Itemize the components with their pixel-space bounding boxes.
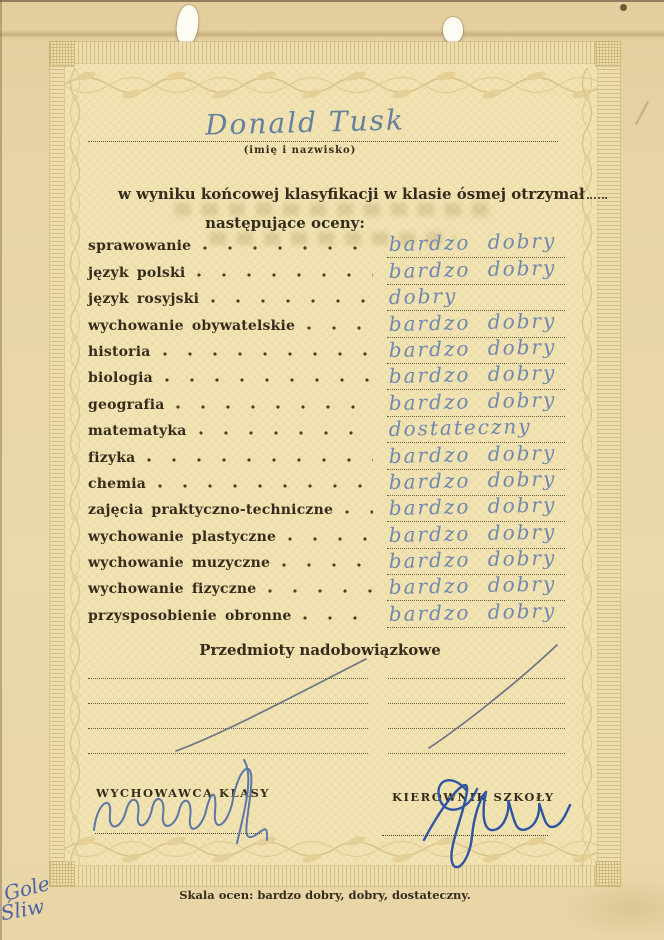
grade-handwriting: bardzo dobry (388, 387, 556, 415)
grade-row: chemiabardzo dobry (88, 470, 565, 496)
blank-line (388, 703, 565, 704)
blank-line (88, 728, 368, 729)
dot-leader (268, 589, 373, 593)
subject-label: wychowanie plastyczne (88, 529, 276, 549)
dot-leader (165, 378, 373, 382)
grades-heading: następujące oceny: (120, 214, 450, 232)
grade-row: fizykabardzo dobry (88, 443, 565, 469)
border-strip-left (50, 42, 64, 886)
ornament-band-bottom (64, 833, 598, 866)
grade-row: zajęcia praktyczno-technicznebardzo dobr… (88, 496, 565, 522)
subject-label: sprawowanie (88, 238, 191, 258)
signature-line-left (95, 833, 262, 834)
blank-line (388, 678, 565, 679)
grade-row: język rosyjskidobry (88, 285, 565, 311)
dot-leader (288, 537, 373, 541)
dot-leader (158, 484, 373, 488)
grade-row: matematykadostateczny (88, 417, 565, 443)
border-corner (596, 862, 620, 886)
border-strip-bottom (50, 866, 620, 886)
subject-label: chemia (88, 476, 146, 496)
grade-handwriting: bardzo dobry (388, 229, 556, 257)
grade-handwriting: bardzo dobry (388, 493, 556, 521)
grade-row: biologiabardzo dobry (88, 364, 565, 390)
dot-leader (163, 352, 373, 356)
subject-label: historia (88, 344, 151, 364)
grade-row: wychowanie muzycznebardzo dobry (88, 549, 565, 575)
border-corner (50, 42, 74, 66)
classification-statement-text: w wyniku końcowej klasyfikacji w klasie … (118, 185, 585, 203)
blank-line (88, 753, 368, 754)
grade-line: bardzo dobry (387, 311, 565, 337)
grade-line: bardzo dobry (387, 443, 565, 469)
grade-line: dostateczny (387, 417, 565, 443)
paper-scratch (635, 101, 649, 125)
dot-leader (176, 405, 373, 409)
grade-handwriting: bardzo dobry (388, 361, 556, 389)
subject-label: wychowanie muzyczne (88, 555, 270, 575)
subject-label: zajęcia praktyczno-techniczne (88, 502, 333, 522)
ornament-band-top (64, 68, 598, 102)
grade-line: bardzo dobry (387, 522, 565, 548)
scan-edge-top (0, 0, 664, 2)
certificate-page: Donald Tusk (imię i nazwisko) w wyniku k… (0, 0, 664, 940)
dot-leader (282, 563, 373, 567)
subject-label: wychowanie fizyczne (88, 581, 256, 601)
grade-row: geografiabardzo dobry (88, 390, 565, 416)
grade-line: bardzo dobry (387, 601, 565, 627)
grade-handwriting: bardzo dobry (388, 598, 556, 626)
name-caption: (imię i nazwisko) (200, 145, 400, 156)
subject-label: fizyka (88, 450, 135, 470)
dot-leader (203, 246, 373, 250)
name-underline (88, 141, 558, 142)
grade-line: bardzo dobry (387, 390, 565, 416)
scan-edge-left (0, 0, 2, 940)
blank-line (88, 678, 368, 679)
blank-line (88, 703, 368, 704)
grade-handwriting: bardzo dobry (388, 519, 556, 547)
headmaster-label: KIEROWNIK SZKOŁY (392, 790, 550, 804)
student-name-handwriting: Donald Tusk (180, 103, 431, 143)
blank-line (388, 753, 565, 754)
grading-scale-note: Skala ocen: bardzo dobry, dobry, dostate… (160, 888, 490, 902)
grade-handwriting: dostateczny (388, 414, 531, 441)
dot-leader (211, 299, 373, 303)
ornament-band-left (64, 68, 86, 866)
grade-line: bardzo dobry (387, 364, 565, 390)
optional-subjects-title: Przedmioty nadobowiązkowe (120, 641, 520, 659)
dot-leader (147, 458, 373, 462)
grade-handwriting: bardzo dobry (388, 334, 556, 362)
dot-leader (303, 616, 373, 620)
dot-leader (199, 431, 373, 435)
grade-line: bardzo dobry (387, 258, 565, 284)
grade-line: bardzo dobry (387, 232, 565, 258)
grade-line: dobry (387, 285, 565, 311)
subject-label: matematyka (88, 423, 187, 443)
grade-row: historiabardzo dobry (88, 338, 565, 364)
grade-handwriting: bardzo dobry (388, 308, 556, 336)
grade-handwriting: dobry (388, 284, 457, 309)
subject-label: przysposobienie obronne (88, 608, 291, 628)
grade-handwriting: bardzo dobry (388, 572, 556, 600)
grade-row: wychowanie fizycznebardzo dobry (88, 575, 565, 601)
grades-table: sprawowaniebardzo dobry język polskibard… (88, 232, 565, 628)
subject-label: język rosyjski (88, 291, 199, 311)
border-corner (596, 42, 620, 66)
grade-handwriting: bardzo dobry (388, 466, 556, 494)
grade-row: sprawowaniebardzo dobry (88, 232, 565, 258)
grade-line: bardzo dobry (387, 575, 565, 601)
dot-leader (307, 326, 373, 330)
blank-line (388, 728, 565, 729)
punch-hole-left (175, 4, 201, 46)
punch-hole-right (443, 17, 463, 43)
class-teacher-label: WYCHOWAWCA KLASY (96, 786, 258, 800)
grade-row: język polskibardzo dobry (88, 258, 565, 284)
fill-dots (587, 185, 607, 199)
border-strip-top (50, 42, 620, 63)
grade-line: bardzo dobry (387, 496, 565, 522)
border-strip-right (598, 42, 620, 886)
classification-statement: w wyniku końcowej klasyfikacji w klasie … (118, 185, 526, 203)
subject-label: biologia (88, 370, 153, 390)
grade-row: wychowanie plastycznebardzo dobry (88, 522, 565, 548)
signature-line-right (382, 835, 548, 836)
subject-label: geografia (88, 397, 164, 417)
grade-row: wychowanie obywatelskiebardzo dobry (88, 311, 565, 337)
subject-label: język polski (88, 265, 185, 285)
grade-handwriting: bardzo dobry (388, 255, 556, 283)
paper-crease (0, 30, 664, 38)
subject-label: wychowanie obywatelskie (88, 318, 295, 338)
dot-leader (345, 510, 373, 514)
ink-speck (620, 4, 627, 11)
dot-leader (197, 273, 373, 277)
grade-handwriting: bardzo dobry (388, 546, 556, 574)
grade-row: przysposobienie obronnebardzo dobry (88, 601, 565, 627)
corner-scribble: Gole Śliw (2, 873, 57, 923)
grade-handwriting: bardzo dobry (388, 440, 556, 468)
